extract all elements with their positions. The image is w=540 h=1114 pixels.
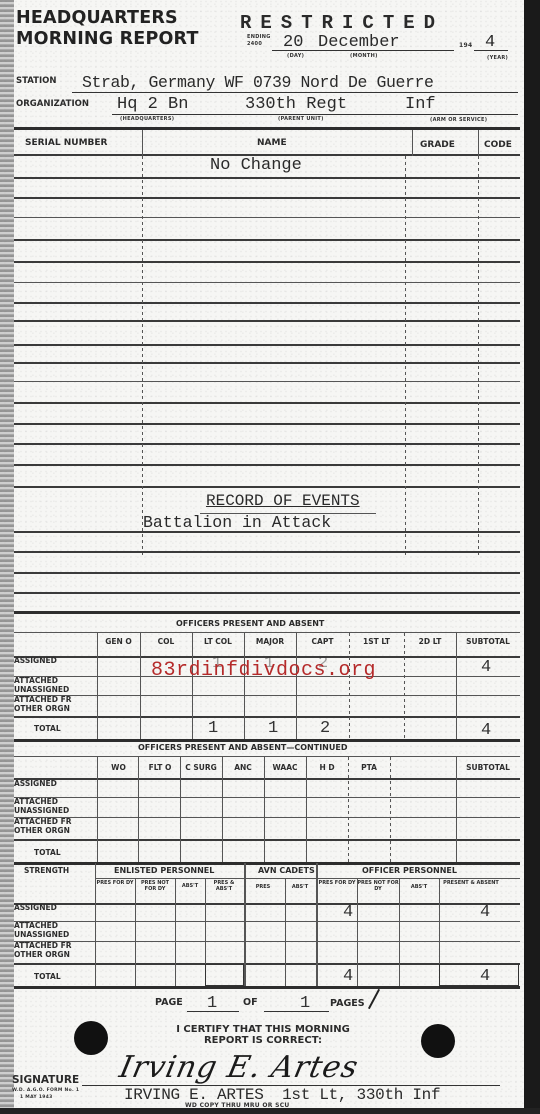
ruled-line [14,217,520,218]
ruled-line [14,443,520,445]
col-anc: ANC [222,763,264,772]
officers-continued-title: OFFICERS PRESENT AND ABSENT—CONTINUED [138,743,347,752]
row-label-total: TOTAL [34,725,61,734]
caption-day: (DAY) [287,53,304,59]
ruled-line [14,592,520,594]
col-off-present-absent: PRESENT & ABSENT [439,880,503,886]
station-value: Strab, Germany WF 0739 Nord De Guerre [82,73,434,92]
row-label-total: TOTAL [34,849,61,858]
col-header-name: NAME [257,138,287,148]
col-divider [135,879,136,986]
col-col: COL [140,637,192,646]
continued-header-rule [14,778,520,780]
col-divider-serial [142,130,143,156]
ruled-line [14,302,520,304]
ruled-line [14,282,520,283]
station-underline [72,92,518,93]
officer-total-pres-for-dy: 4 [343,967,353,986]
total-lt-col-value: 1 [208,719,218,738]
ruled-line [14,531,520,533]
col-1st-lt: 1ST LT [349,637,404,646]
morning-report-document: HEADQUARTERS MORNING REPORT RESTRICTED E… [0,0,532,1114]
caption-parent-unit: (PARENT UNIT) [278,116,324,122]
caption-headquarters: (HEADQUARTERS) [120,116,174,122]
organization-parent-unit: 330th Regt [245,95,347,114]
col-off-pres-for-dy: PRES FOR DY [317,880,357,886]
col-divider [97,633,98,739]
classification-restricted: RESTRICTED [240,12,444,34]
divider-header [14,127,520,130]
officer-total-present-absent: 4 [480,967,490,986]
form-number-line-1: W.D. A.G.O. FORM No. 1 [12,1088,79,1093]
date-day: 20 [283,33,303,52]
row-label-total: TOTAL [34,973,61,982]
continued-title-rule [14,756,520,757]
col-divider [175,879,176,986]
caption-arm-service: (ARM OR SERVICE) [430,117,487,123]
col-cadets-pres: PRES [243,884,283,890]
row-label-attached-fr-other: ATTACHED FR OTHER ORGN [14,818,94,835]
col-enl-pres-not-for-dy: PRES NOT FOR DY [135,880,175,892]
total-capt-value: 2 [320,719,330,738]
ruled-line [14,423,520,425]
ruled-line [14,381,520,382]
col-header-code: CODE [484,140,512,150]
ruled-line [14,320,520,322]
ruled-line [14,464,520,466]
title-headquarters: HEADQUARTERS [16,9,178,28]
ending-time: 2400 [247,41,262,47]
ruled-line [14,402,520,404]
ending-label: ENDING [247,34,271,40]
caption-month: (MONTH) [350,53,378,59]
pages-label: PAGES [330,998,365,1009]
col-divider [244,633,245,739]
year-prefix: 194 [459,42,472,49]
col-divider [404,633,405,739]
ruled-line [14,572,520,574]
assigned-subtotal-value: 4 [481,658,491,677]
col-guide-grade [405,156,406,556]
caption-year: (YEAR) [487,55,508,61]
row-label-assigned: ASSIGNED [14,780,57,789]
date-month: December [318,33,400,52]
organization-label: ORGANIZATION [16,99,89,109]
ruled-line [14,197,520,199]
page-total: 1 [300,994,310,1013]
group-enlisted-personnel: ENLISTED PERSONNEL [114,866,214,875]
col-off-abst: ABS'T [399,884,439,890]
signature-label: SIGNATURE [12,1074,79,1086]
continued-table-bottom [14,862,520,865]
page-total-underline [264,1011,329,1012]
col-divider [180,757,181,862]
col-c-surg: C SURG [180,763,222,772]
row-label-assigned: ASSIGNED [14,904,57,913]
col-header-serial-number: SERIAL NUMBER [25,138,107,148]
certify-line-2: REPORT IS CORRECT: [163,1035,363,1046]
ruled-line [14,177,520,179]
record-of-events-entry: Battalion in Attack [143,513,331,532]
ruled-line [14,344,520,346]
col-pta: PTA [348,763,390,772]
scan-edge-bottom [0,1108,540,1114]
page-number: 1 [207,994,217,1013]
binder-hole-right [421,1024,455,1058]
col-divider [222,757,223,862]
form-number-line-2: 1 MAY 1943 [20,1095,53,1100]
col-divider [456,757,457,862]
col-h-d: H D [306,763,348,772]
page-label: PAGE [155,997,183,1008]
col-divider [138,757,139,862]
handwritten-signature: Irving E. Artes [116,1050,361,1085]
col-wo: WO [97,763,140,772]
officers-table-title: OFFICERS PRESENT AND ABSENT [176,619,324,628]
col-divider [316,863,318,986]
col-gen-o: GEN O [97,637,140,646]
personnel-entry-no-change: No Change [210,156,302,175]
col-enl-abst: ABS'T [175,883,205,889]
col-subtotal: SUBTOTAL [456,637,520,646]
record-of-events-heading: RECORD OF EVENTS [206,492,360,510]
col-divider [399,879,400,986]
col-guide-serial [142,156,143,556]
officers-title-rule [14,632,520,633]
row-label-attached-unassigned: ATTACHED UNASSIGNED [14,922,94,939]
divider-officers [14,611,520,614]
col-lt-col: LT COL [192,637,244,646]
scan-edge-right [524,0,532,1114]
title-morning-report: MORNING REPORT [16,30,199,49]
organization-arm: Inf [405,95,436,114]
col-waac: WAAC [264,763,306,772]
col-divider [296,633,297,739]
strength-group-rule [95,878,520,879]
enlisted-total-box [205,964,244,986]
row-rule [14,839,520,841]
ruled-line [14,239,520,241]
row-label-attached-fr-other: ATTACHED FR OTHER ORGN [14,696,94,713]
row-rule [14,716,520,718]
col-divider [390,757,391,862]
certify-line-1: I CERTIFY THAT THIS MORNING [163,1024,363,1035]
col-cadets-abst: ABS'T [283,884,317,890]
officer-assigned-pres-for-dy: 4 [343,903,353,922]
col-divider-grade [412,130,413,156]
col-divider [357,879,358,986]
ruled-line [14,551,520,553]
col-divider-code [478,130,479,156]
row-label-attached-unassigned: ATTACHED UNASSIGNED [14,677,94,694]
col-divider [264,757,265,862]
row-label-assigned: ASSIGNED [14,657,57,666]
row-label-attached-fr-other: ATTACHED FR OTHER ORGN [14,942,94,959]
col-divider [306,757,307,862]
col-enl-pres-for-dy: PRES FOR DY [95,880,135,886]
organization-headquarters: Hq 2 Bn [117,95,188,114]
organization-underline [112,114,518,115]
strength-table-bottom [14,986,520,989]
station-label: STATION [16,76,56,86]
col-capt: CAPT [296,637,349,646]
officer-assigned-present-absent: 4 [480,903,490,922]
col-divider [97,757,98,862]
strength-title: STRENGTH [24,866,69,875]
col-flt-o: FLT O [140,763,180,772]
watermark-83rdinfdivdocs: 83rdinfdivdocs.org [151,659,376,682]
total-subtotal-value: 4 [481,721,491,740]
col-divider [244,863,246,986]
group-officer-personnel: OFFICER PERSONNEL [362,866,457,875]
col-header-grade: GRADE [420,140,455,150]
strength-header-rule [14,903,520,905]
col-divider [285,879,286,986]
col-divider [348,757,349,862]
col-divider [140,633,141,739]
col-divider [192,633,193,739]
group-avn-cadets: AVN CADETS [258,866,315,875]
officers-table-bottom [14,739,520,742]
check-mark [368,989,380,1009]
col-major: MAJOR [244,637,296,646]
col-guide-code [478,156,479,556]
col-divider [349,633,350,739]
ruled-line [14,261,520,263]
ruled-line [14,486,520,488]
col-2d-lt: 2D LT [404,637,456,646]
col-off-pres-not-for-dy: PRES NOT FOR DY [357,880,399,892]
binder-hole-left [74,1021,108,1055]
scan-edge-left [0,0,14,1114]
col-subtotal-continued: SUBTOTAL [456,763,520,772]
year-digit: 4 [485,33,495,52]
ruled-line [14,362,520,364]
officer-total-box [439,964,519,986]
col-divider [95,863,96,986]
of-label: OF [243,997,258,1008]
total-major-value: 1 [268,719,278,738]
row-label-attached-unassigned: ATTACHED UNASSIGNED [14,798,94,815]
col-enl-pres-abst: PRES & ABS'T [205,880,243,892]
col-divider [456,633,457,739]
